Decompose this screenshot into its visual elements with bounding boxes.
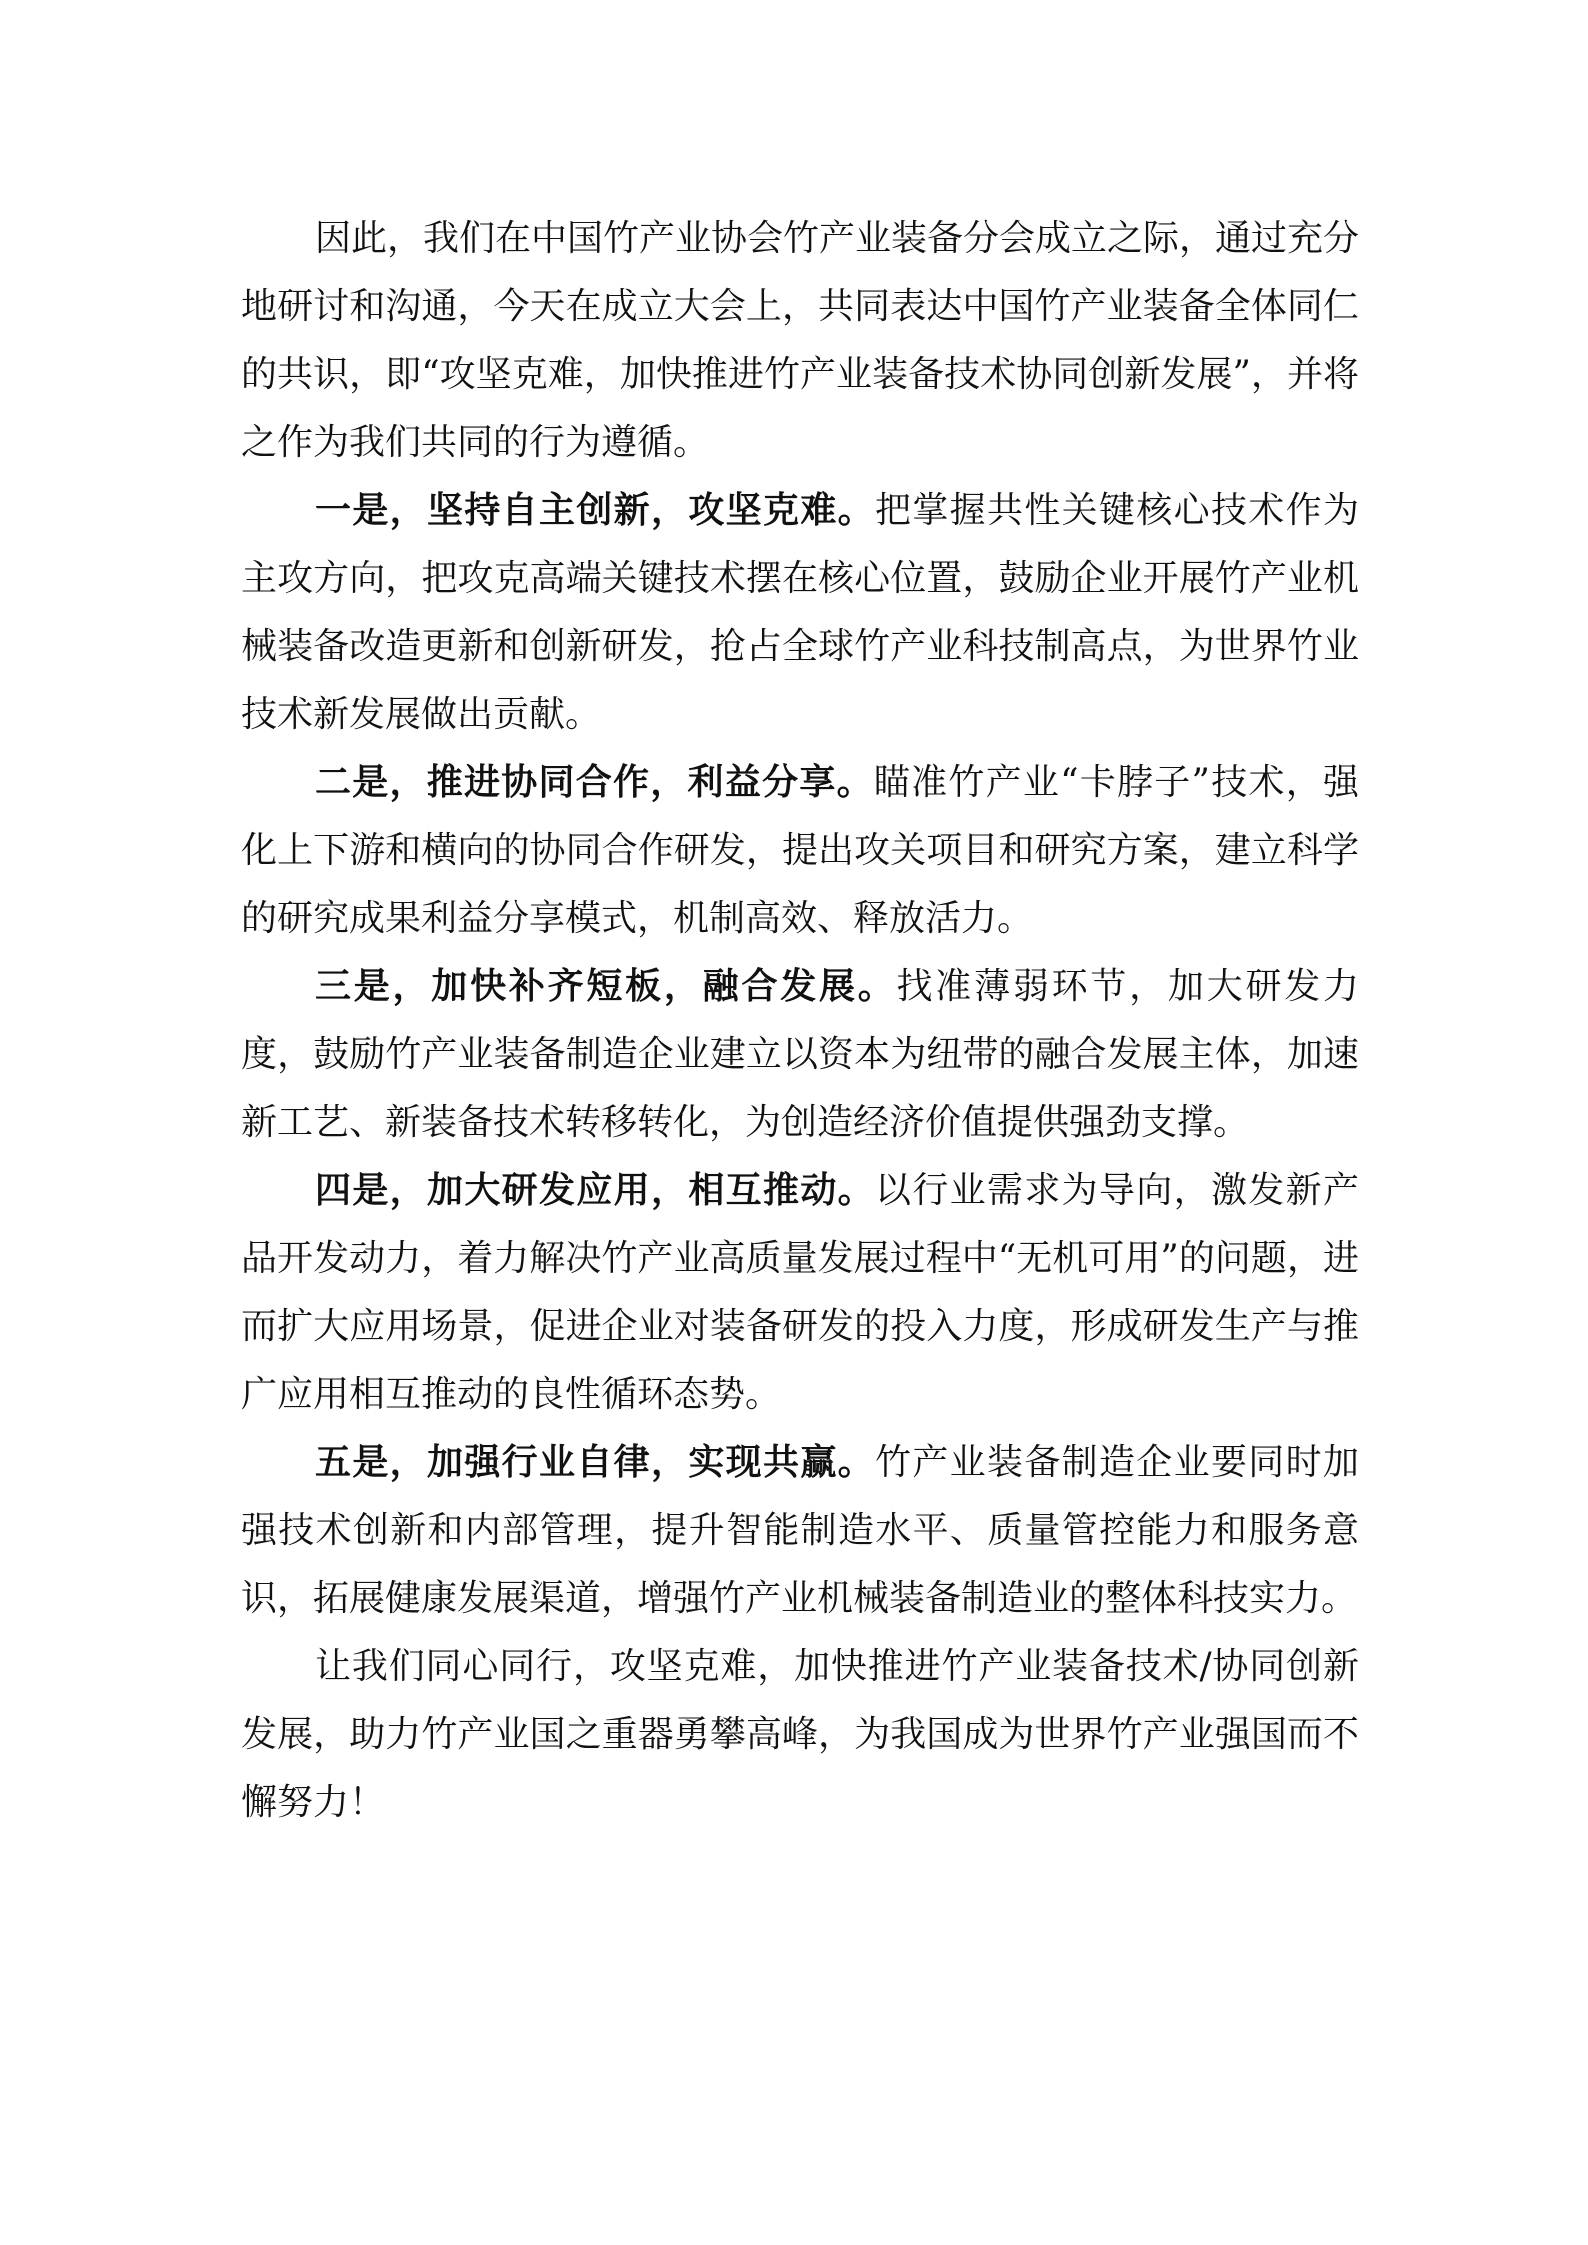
paragraph-body: 因此，我们在中国竹产业协会竹产业装备分会成立之际，通过充分地研讨和沟通，今天在成… <box>241 218 1359 463</box>
paragraph-point-3: 三是，加快补齐短板，融合发展。找准薄弱环节，加大研发力度，鼓励竹产业装备制造企业… <box>241 953 1359 1157</box>
paragraph-closing: 让我们同心同行，攻坚克难，加快推进竹产业装备技术/协同创新发展，助力竹产业国之重… <box>241 1633 1359 1837</box>
paragraph-point-4: 四是，加大研发应用，相互推动。以行业需求为导向，激发新产品开发动力，着力解决竹产… <box>241 1157 1359 1429</box>
paragraph-point-1: 一是，坚持自主创新，攻坚克难。把掌握共性关键核心技术作为主攻方向，把攻克高端关键… <box>241 477 1359 749</box>
paragraph-lead: 二是，推进协同合作，利益分享。 <box>315 762 874 803</box>
paragraph-point-5: 五是，加强行业自律，实现共赢。竹产业装备制造企业要同时加强技术创新和内部管理，提… <box>241 1429 1359 1633</box>
paragraph-lead: 四是，加大研发应用，相互推动。 <box>315 1170 875 1211</box>
paragraph-body: 让我们同心同行，攻坚克难，加快推进竹产业装备技术/协同创新发展，助力竹产业国之重… <box>241 1646 1359 1823</box>
paragraph-point-2: 二是，推进协同合作，利益分享。瞄准竹产业“卡脖子”技术，强化上下游和横向的协同合… <box>241 749 1359 953</box>
paragraph-lead: 一是，坚持自主创新，攻坚克难。 <box>315 490 875 531</box>
paragraph-lead: 三是，加快补齐短板，融合发展。 <box>315 966 897 1007</box>
paragraph-lead: 五是，加强行业自律，实现共赢。 <box>315 1442 875 1483</box>
document-page: 因此，我们在中国竹产业协会竹产业装备分会成立之际，通过充分地研讨和沟通，今天在成… <box>241 205 1359 1837</box>
paragraph-intro: 因此，我们在中国竹产业协会竹产业装备分会成立之际，通过充分地研讨和沟通，今天在成… <box>241 205 1359 477</box>
